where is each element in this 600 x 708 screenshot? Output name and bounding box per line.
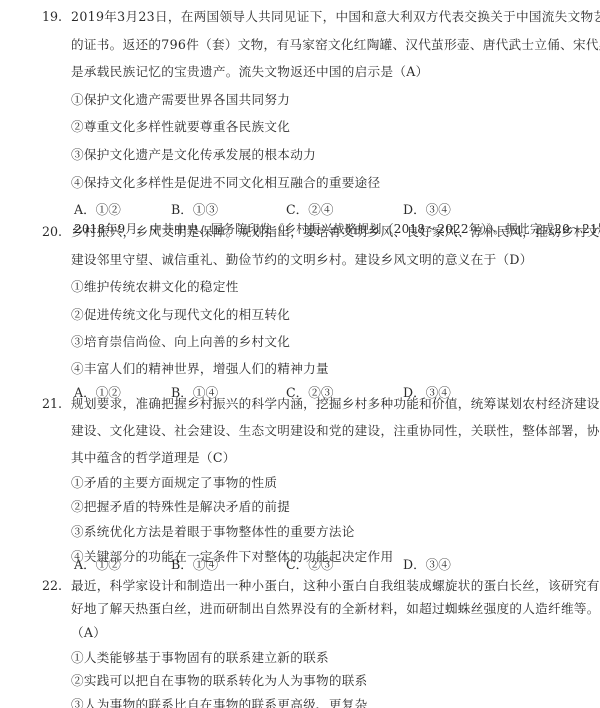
question-19-choice-b: B．①③ (171, 202, 218, 218)
question-20-statement-4: ④丰富人们的精神世界，增强人们的精神力量 (71, 361, 329, 377)
question-20-number: 20. (42, 224, 62, 240)
question-22-statement-1: ①人类能够基于事物固有的联系建立新的联系 (71, 650, 329, 666)
question-21-statement-2: ②把握矛盾的特殊性是解决矛盾的前提 (71, 499, 290, 515)
question-21-choice-a: A．①② (74, 557, 121, 573)
question-19-choice-a: A．①② (74, 202, 121, 218)
question-21-choice-b: B．①④ (171, 557, 218, 573)
question-20-stem-line-1: 乡村振兴，乡风文明是保障。规划指出，要培育文明乡风、良好家风、淳朴民风，推动乡村… (71, 224, 600, 240)
question-19-statement-4: ④保持文化多样性是促进不同文化相互融合的重要途径 (71, 175, 380, 191)
question-19-stem-line-3: 是承载民族记忆的宝贵遗产。流失文物返还中国的启示是（A） (71, 64, 429, 80)
question-19-stem-line-2: 的证书。返还的796件（套）文物，有马家窑文化红陶罐、汉代茧形壶、唐代武士立俑、… (71, 37, 600, 53)
question-20-statement-2: ②促进传统文化与现代文化的相互转化 (71, 307, 290, 323)
question-21-statement-3: ③系统优化方法是着眼于事物整体性的重要方法论 (71, 524, 355, 540)
question-22-stem-line-3: （A） (71, 625, 106, 641)
question-19-statement-1: ①保护文化遗产需要世界各国共同努力 (71, 92, 290, 108)
question-21-number: 21. (42, 396, 62, 412)
question-20-statement-1: ①维护传统农耕文化的稳定性 (71, 279, 239, 295)
question-21-stem-line-3: 其中蕴含的哲学道理是（C） (71, 450, 236, 466)
question-21-stem-line-1: 规划要求，准确把握乡村振兴的科学内涵，挖掘乡村多种功能和价值，统筹谋划农村经济建… (71, 396, 600, 412)
question-22-statement-3: ③人为事物的联系比自在事物的联系更高级、更复杂 (71, 697, 368, 708)
question-19-statement-2: ②尊重文化多样性就要尊重各民族文化 (71, 119, 290, 135)
question-19-number: 19. (42, 9, 62, 25)
question-21-choice-c: C．②③ (286, 557, 333, 573)
question-19-statement-3: ③保护文化遗产是文化传承发展的根本动力 (71, 147, 316, 163)
question-21-choice-d: D．③④ (403, 557, 451, 573)
question-20-stem-line-2: 建设邻里守望、诚信重礼、勤俭节约的文明乡村。建设乡风文明的意义在于（D） (71, 252, 533, 268)
question-21-stem-line-2: 建设、文化建设、社会建设、生态文明建设和党的建设，注重协同性，关联性，整体部署，… (71, 423, 600, 439)
question-19-choice-c: C．②④ (286, 202, 333, 218)
question-19-stem-line-1: 2019年3月23日，在两国领导人共同见证下，中国和意大利双方代表交换关于中国流… (71, 9, 600, 25)
exam-page: 19. 2019年3月23日，在两国领导人共同见证下，中国和意大利双方代表交换关… (0, 0, 600, 708)
question-22-statement-2: ②实践可以把自在事物的联系转化为人为事物的联系 (71, 673, 368, 689)
question-19-choice-d: D．③④ (403, 202, 451, 218)
question-21-statement-1: ①矛盾的主要方面规定了事物的性质 (71, 475, 277, 491)
question-22-number: 22. (42, 578, 62, 594)
question-20-statement-3: ③培育崇信尚俭、向上向善的乡村文化 (71, 334, 290, 350)
question-22-stem-line-2: 好地了解天热蛋白丝，进而研制出自然界没有的全新材料，如超过蜘蛛丝强度的人造纤维等… (71, 601, 600, 617)
question-22-stem-line-1: 最近，科学家设计和制造出一种小蛋白，这种小蛋白自我组装成螺旋状的蛋白长丝，该研究… (71, 578, 600, 594)
